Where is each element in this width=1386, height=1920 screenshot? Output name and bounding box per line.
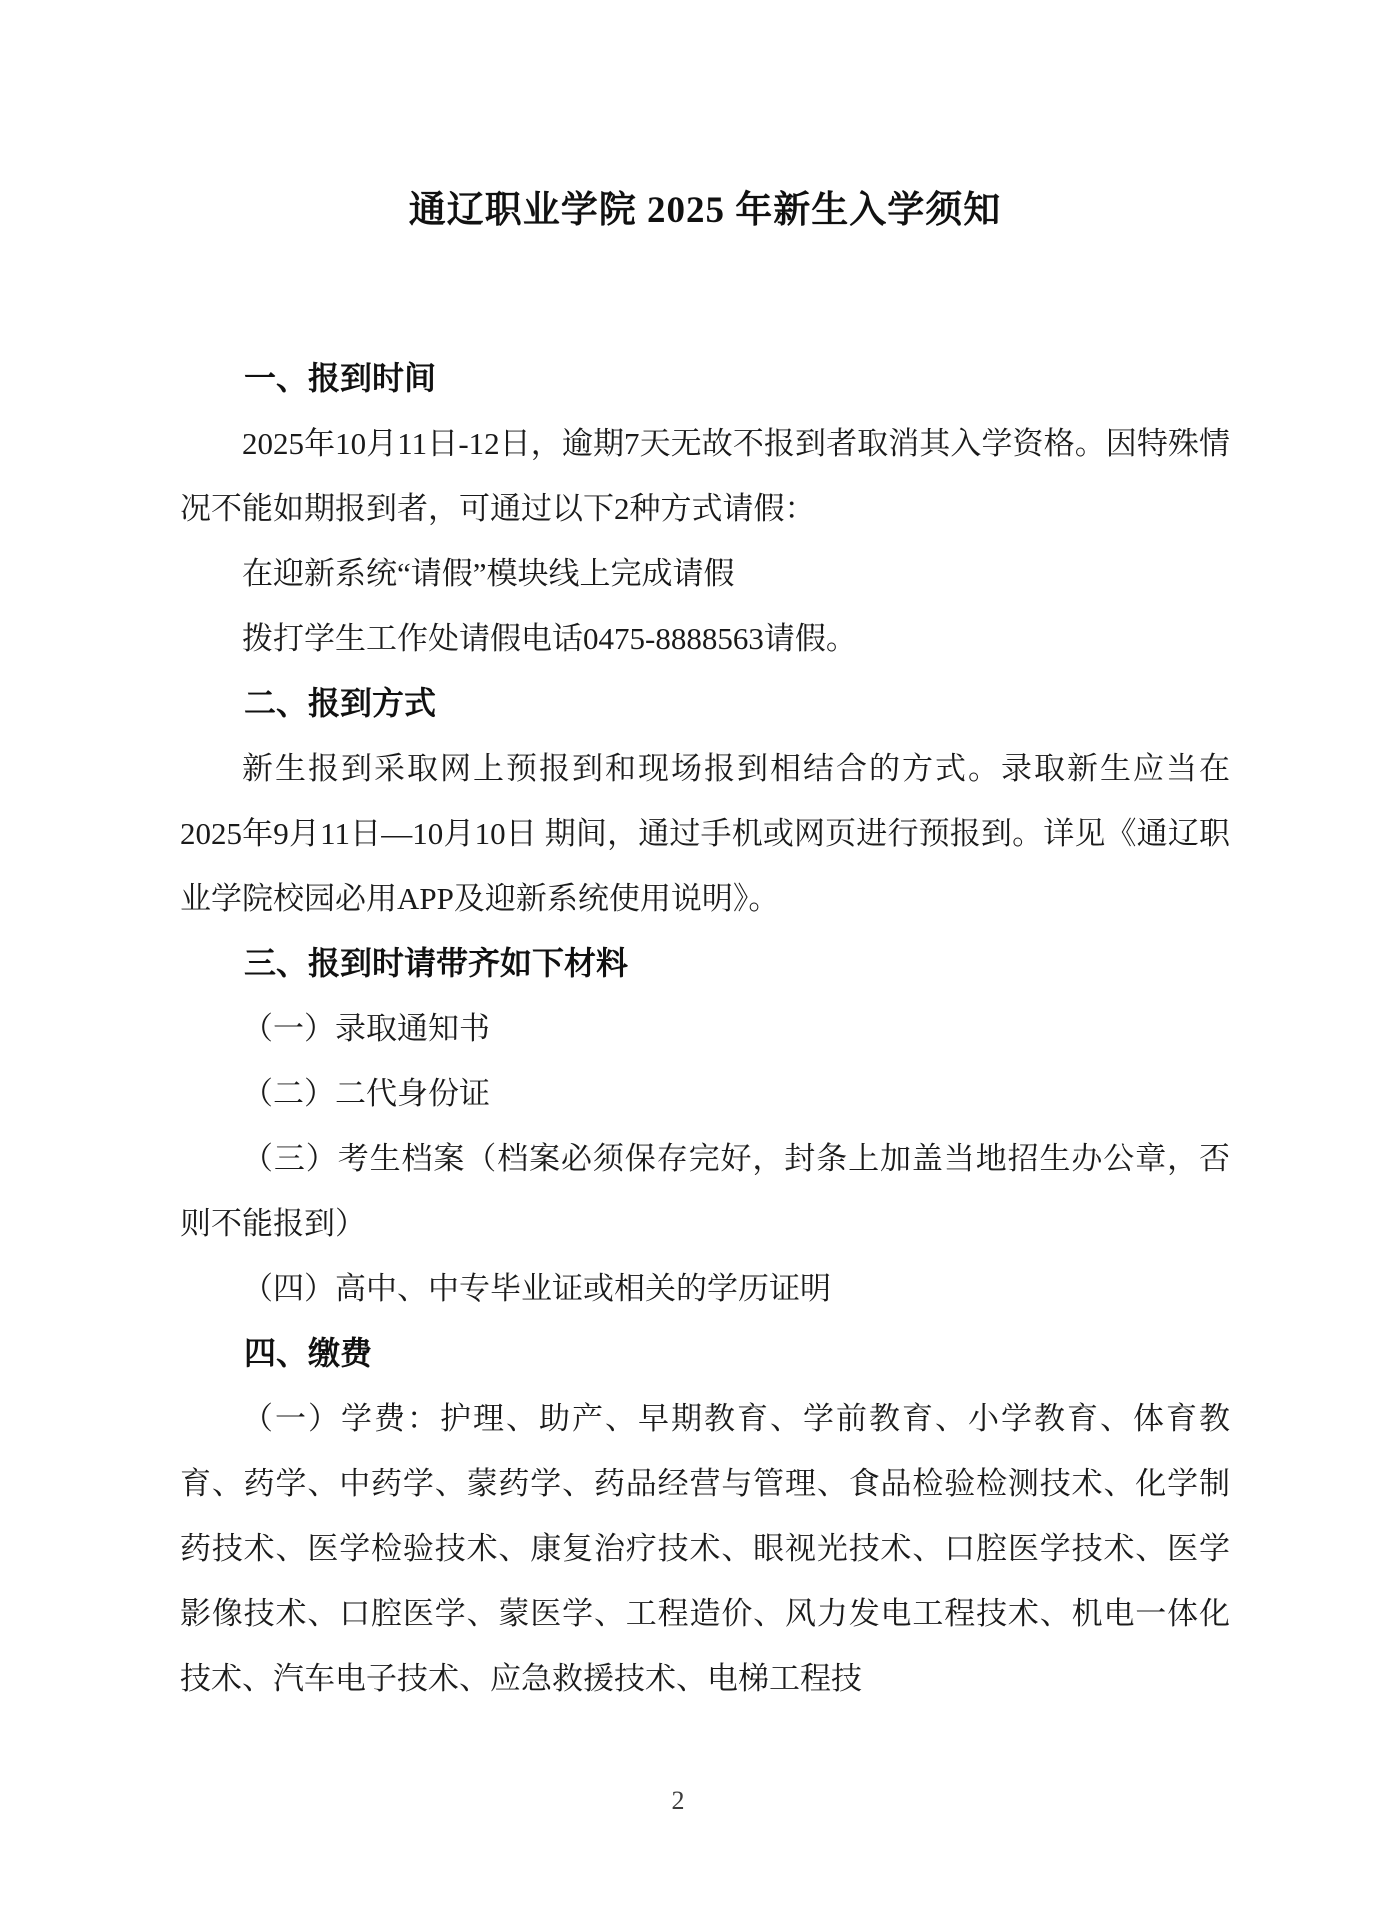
paragraph: （一）学费：护理、助产、早期教育、学前教育、小学教育、体育教育、药学、中药学、蒙… bbox=[180, 1386, 1230, 1711]
list-item: （三）考生档案（档案必须保存完好，封条上加盖当地招生办公章，否则不能报到） bbox=[180, 1126, 1230, 1256]
page-title: 通辽职业学院 2025 年新生入学须知 bbox=[180, 186, 1230, 236]
list-item: （一）录取通知书 bbox=[180, 996, 1230, 1061]
paragraph: 拨打学生工作处请假电话0475-8888563请假。 bbox=[180, 606, 1230, 671]
paragraph: 在迎新系统“请假”模块线上完成请假 bbox=[180, 541, 1230, 606]
section-heading: 四、缴费 bbox=[180, 1321, 1230, 1386]
section-heading: 二、报到方式 bbox=[180, 671, 1230, 736]
section-report-method: 二、报到方式 新生报到采取网上预报到和现场报到相结合的方式。录取新生应当在202… bbox=[180, 671, 1230, 931]
list-item: （四）高中、中专毕业证或相关的学历证明 bbox=[180, 1256, 1230, 1321]
list-item: （二）二代身份证 bbox=[180, 1061, 1230, 1126]
section-report-time: 一、报到时间 2025年10月11日-12日，逾期7天无故不报到者取消其入学资格… bbox=[180, 346, 1230, 671]
page-number: 2 bbox=[0, 1786, 1356, 1816]
section-required-materials: 三、报到时请带齐如下材料 （一）录取通知书 （二）二代身份证 （三）考生档案（档… bbox=[180, 931, 1230, 1321]
section-payment: 四、缴费 （一）学费：护理、助产、早期教育、学前教育、小学教育、体育教育、药学、… bbox=[180, 1321, 1230, 1711]
section-heading: 一、报到时间 bbox=[180, 346, 1230, 411]
paragraph: 2025年10月11日-12日，逾期7天无故不报到者取消其入学资格。因特殊情况不… bbox=[180, 411, 1230, 541]
document-content: 通辽职业学院 2025 年新生入学须知 一、报到时间 2025年10月11日-1… bbox=[180, 0, 1230, 1711]
document-page: 通辽职业学院 2025 年新生入学须知 一、报到时间 2025年10月11日-1… bbox=[0, 0, 1386, 1920]
section-heading: 三、报到时请带齐如下材料 bbox=[180, 931, 1230, 996]
paragraph: 新生报到采取网上预报到和现场报到相结合的方式。录取新生应当在2025年9月11日… bbox=[180, 736, 1230, 931]
